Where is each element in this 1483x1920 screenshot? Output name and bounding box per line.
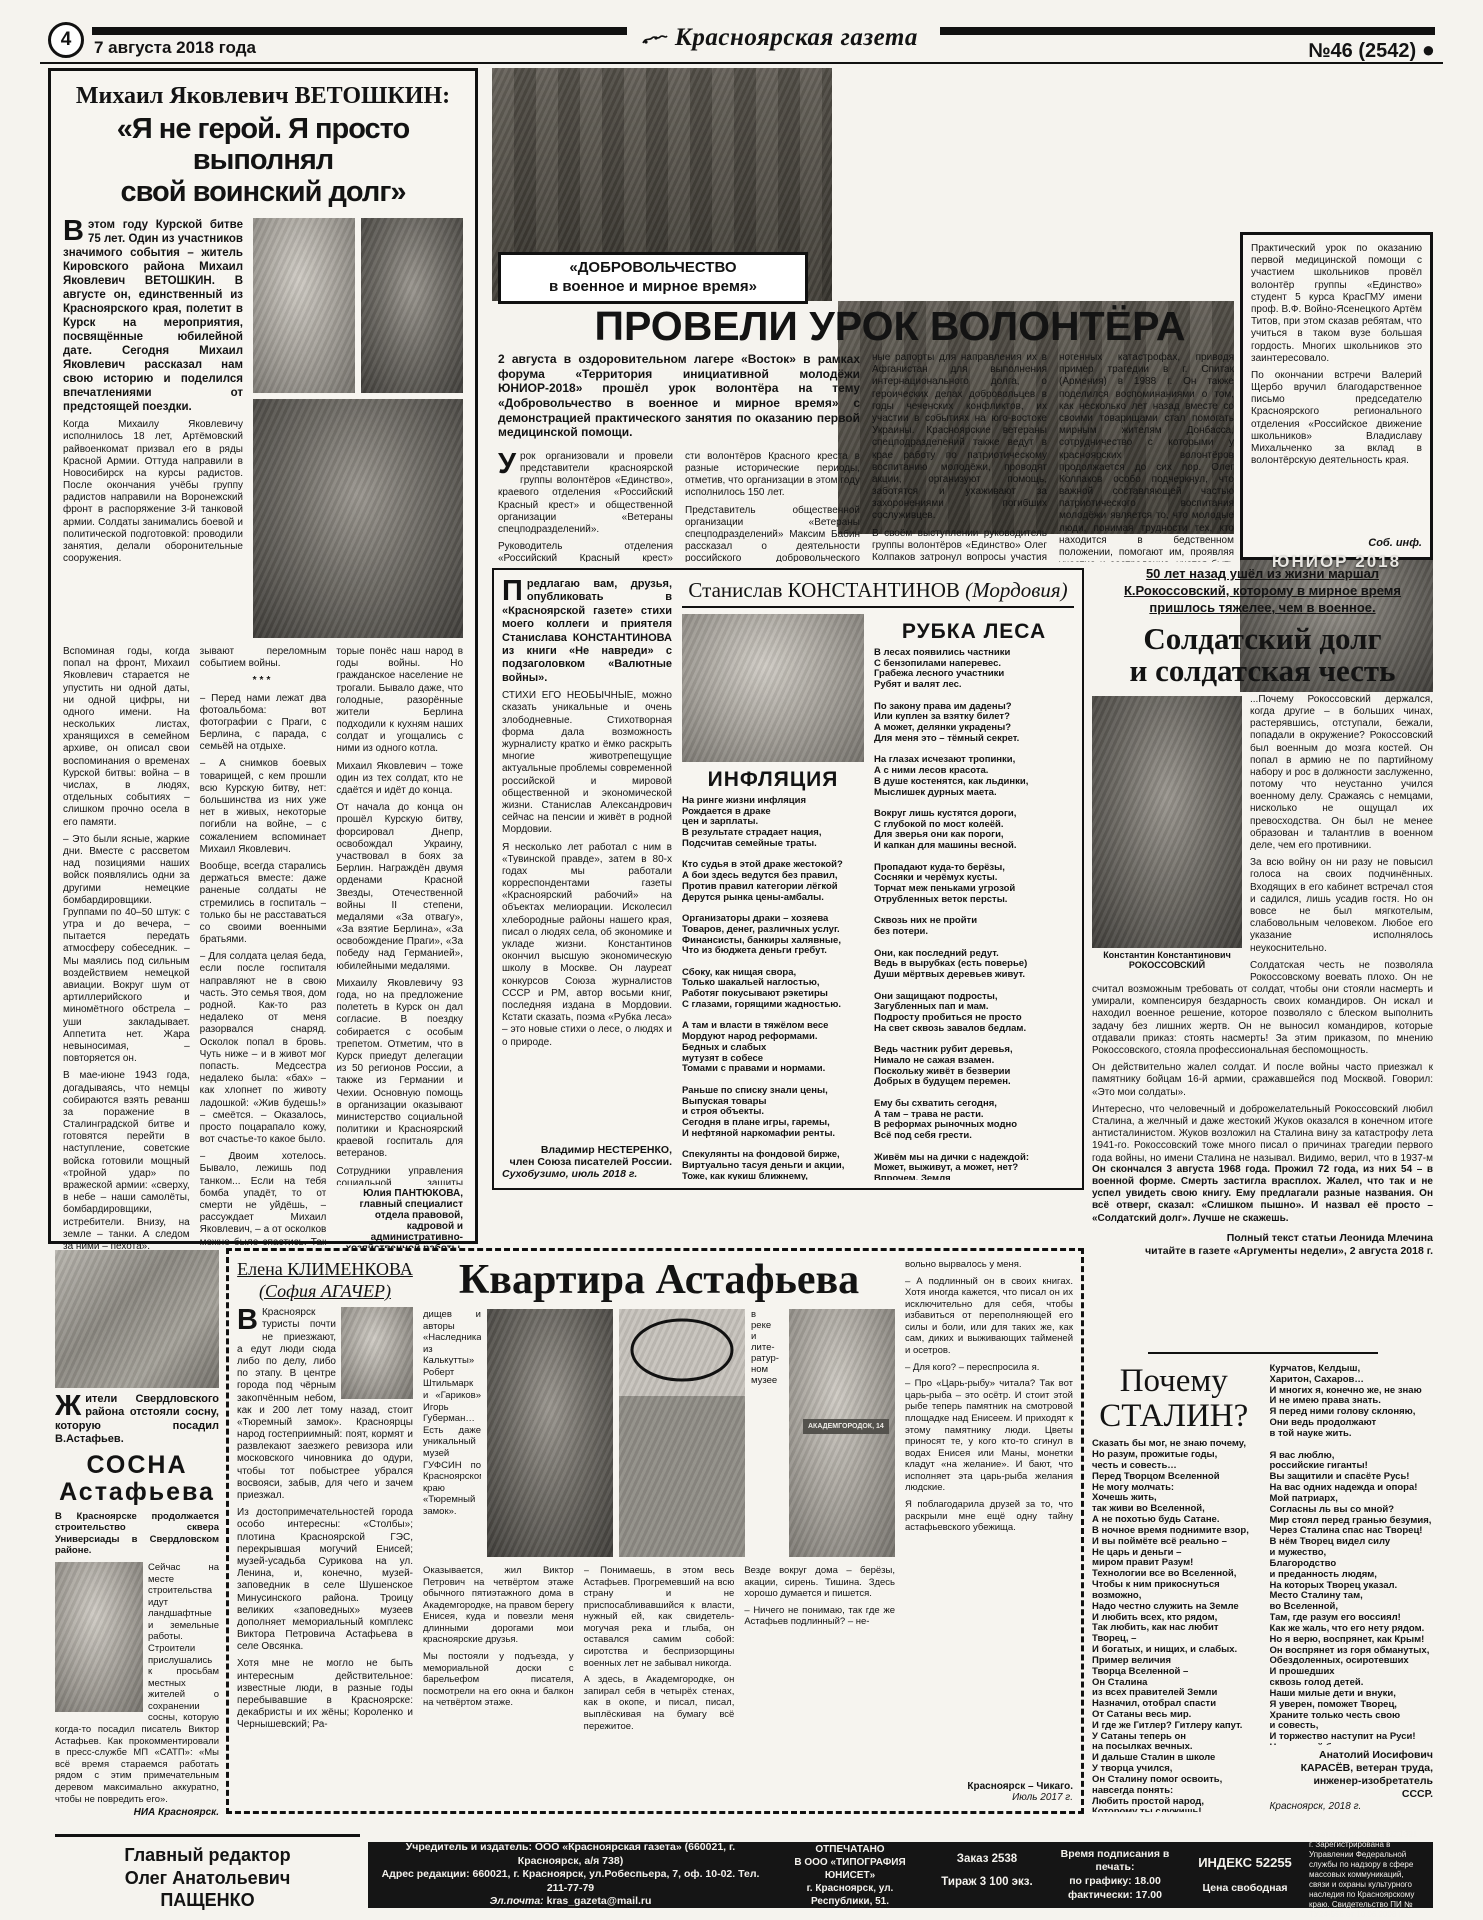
paragraph: Оказывается, жил Виктор Петрович на четв… (423, 1565, 574, 1646)
order-circulation: Заказ 2538 Тираж 3 100 экз. (937, 1852, 1037, 1898)
paragraph: Михаил Яковлевич – тоже один из тех солд… (336, 761, 463, 798)
paragraph: Интересно, что человечный и доброжелател… (1092, 1104, 1433, 1162)
page-number: 4 (48, 22, 84, 58)
dateline: Красноярск, 2018 г. (1270, 1801, 1434, 1812)
article-lead: В этом году Курской битве 75 лет. Один и… (63, 218, 243, 414)
paragraph: Михаилу Яковлевичу 93 года, но на предло… (336, 978, 463, 1161)
vetoshkin-column-1: Вспоминая годы, когда попал на фронт, Ми… (63, 646, 190, 1254)
author-signature: Владимир НЕСТЕРЕНКО, член Союза писателе… (502, 1144, 672, 1180)
paragraph: Представитель общественной организации «… (685, 505, 860, 563)
author-portrait-photo (341, 1307, 413, 1399)
paragraph: Урок организовали и провели представител… (498, 451, 673, 536)
paragraph: – Перед нами лежат два фотоальбома: вот … (200, 693, 327, 754)
paragraph: дищев и авторы «Наследника из Калькутты»… (423, 1309, 481, 1517)
volunteer-column-4: ногенных катастрофах, приводя пример тра… (1059, 352, 1234, 562)
paragraph: – Двоим хотелось. Бывало, лежишь под тан… (200, 1151, 327, 1254)
header-divider (40, 62, 1443, 64)
vetoshkin-column-3: торые понёс наш народ в годы войны. Но г… (336, 646, 463, 1254)
author-name-header: Елена КЛИМЕНКОВА (София АГАЧЕР) (237, 1259, 413, 1302)
paragraph: Солдатская честь не позволяла Рокоссовск… (1092, 960, 1433, 1058)
paragraph: Из достопримечательностей города особо и… (237, 1507, 413, 1653)
construction-aerial-photo (55, 1250, 219, 1388)
paragraph: – Ничего не понимаю, так где же Астафьев… (744, 1605, 895, 1628)
paragraph: вольно вырвалось у меня. (905, 1259, 1073, 1271)
rubka-poem-column: РУБКА ЛЕСА В лесах появились частники С … (874, 614, 1074, 1180)
agency-signature: НИА Красноярск. (55, 1807, 219, 1818)
poet-name-header: Станислав КОНСТАНТИНОВ (Мордовия) (682, 578, 1074, 608)
volunteer-column-1: Урок организовали и провели представител… (498, 451, 673, 562)
kvartira-right-column: вольно вырвалось у меня. – А подлинный о… (905, 1259, 1073, 1803)
narrow-text-column: в реке и лите- ратур- ном музее (751, 1309, 783, 1557)
issue-number: №46 (2542) ● (1255, 37, 1435, 63)
sosna-headline: СОСНА Астафьева (55, 1452, 219, 1507)
masthead-title: Красноярская газета (675, 24, 918, 51)
veteran-archive-portrait-photo (361, 218, 463, 393)
paragraph: Я поблагодарила друзей за то, что раскры… (905, 1499, 1073, 1534)
volunteer-topic-label: «ДОБРОВОЛЬЧЕСТВО в военное и мирное врем… (498, 252, 808, 304)
paragraph: – Для кого? – переспросила я. (905, 1362, 1073, 1374)
paragraph: – А подлинный он в своих книгах. Хотя ин… (905, 1276, 1073, 1357)
paragraph: сти волонтёров Красного креста в разные … (685, 451, 860, 500)
volunteer-headline: ПРОВЕЛИ УРОК ВОЛОНТЁРА (540, 303, 1240, 350)
paragraph: Когда Михаилу Яковлевичу исполнилось 18 … (63, 419, 243, 565)
poem-text: В лесах появились частники С бензопилами… (874, 648, 1074, 1180)
volunteer-boxed-column: Практический урок по оказанию первой мед… (1240, 232, 1433, 560)
paragraph: торые понёс наш народ в годы войны. Но г… (336, 646, 463, 756)
kvartira-headline: Квартира Астафьева (423, 1259, 895, 1301)
paragraph: – Это были ясные, жаркие дни. Вместе с р… (63, 834, 190, 1066)
veteran-portrait-photo (253, 218, 355, 393)
rokossovsky-headline: Солдатский долг и солдатская честь (1092, 623, 1433, 688)
registration-info: Газета издаётся с 28.02.1991 г. Зарегист… (1309, 1830, 1423, 1920)
photo-caption: Константин Константинович РОКОССОВСКИЙ (1092, 950, 1242, 971)
publisher-info: Учредитель и издатель: ООО «Красноярская… (378, 1841, 763, 1909)
paragraph: Руководитель отделения «Российский Красн… (498, 541, 673, 562)
stalin-headline: Почему СТАЛИН? (1092, 1364, 1256, 1433)
kvartira-column-2: – Понимаешь, в этом весь Астафьев. Прогр… (584, 1565, 735, 1803)
klimenkova-column: Елена КЛИМЕНКОВА (София АГАЧЕР) В Красно… (237, 1259, 413, 1803)
editor-block: Главный редактор Олег Анатольевич ПАЩЕНК… (55, 1844, 360, 1912)
email-address: kras_gazeta@mail.ru (547, 1895, 652, 1907)
author-alias: (София АГАЧЕР) (237, 1281, 413, 1303)
poem-text: На ринге жизни инфляция Рождается в драк… (682, 796, 864, 1180)
paragraph: Везде вокруг дома – берёзы, акации, сире… (744, 1565, 895, 1600)
vetoshkin-column-2: зывают переломным событием войны. *** – … (200, 646, 327, 1254)
photo-albums-documents-photo (253, 399, 463, 638)
paragraph: зывают переломным событием войны. (200, 646, 327, 670)
email-label: Эл.почта: (490, 1895, 544, 1907)
poems-section: Предлагаю вам, друзья, опубликовать в «К… (492, 568, 1084, 1190)
kicker: 50 лет назад ушёл из жизни маршал К.Роко… (1092, 566, 1433, 617)
editorial-signature: Соб. инф. (1251, 537, 1422, 549)
paragraph: ногенных катастрофах, приводя пример тра… (1059, 352, 1234, 562)
street-sign-text: АКАДЕМГОРОДОК, 14 (803, 1419, 889, 1434)
dateline: Красноярск – Чикаго. (905, 1781, 1073, 1792)
imprint-bar: Учредитель и издатель: ООО «Красноярская… (368, 1842, 1433, 1908)
article-kvartira-astafyeva: Елена КЛИМЕНКОВА (София АГАЧЕР) В Красно… (226, 1248, 1084, 1814)
paragraph: В мае-июне 1943 года, догадываясь, что н… (63, 1070, 190, 1253)
paragraph: По окончании встречи Валерий Щербо вручи… (1251, 370, 1422, 468)
pine-tree-photo (55, 1562, 143, 1712)
kvartira-column-1: Оказывается, жил Виктор Петрович на четв… (423, 1565, 574, 1803)
masthead: Красноярская газета (630, 24, 930, 52)
author-signature: Анатолий Иосифович КАРАСЁВ, ветеран труд… (1270, 1749, 1434, 1802)
street-sign-photo: АКАДЕМГОРОДОК, 14 (789, 1309, 895, 1557)
paragraph: Вообще, всегда старались держаться вмест… (200, 861, 327, 946)
article-vetoshkin: Михаил Яковлевич ВЕТОШКИН: «Я не герой. … (48, 68, 478, 1244)
intro-lead: Предлагаю вам, друзья, опубликовать в «К… (502, 578, 672, 685)
paragraph: Хотя мне не могло не быть интересным дей… (237, 1658, 413, 1731)
paragraph: ные рапорты для направления их в Афганис… (872, 352, 1047, 523)
stalin-column-2: Курчатов, Келдыш, Харитон, Сахаров… И мн… (1270, 1364, 1434, 1812)
article-lead: Жители Свердловского района отстояли сос… (55, 1393, 219, 1447)
balcony-circle-annotation (627, 1315, 737, 1385)
corner-dot: ● (1422, 37, 1435, 62)
vetoshkin-photos (253, 218, 463, 638)
signing-times: Время подписания в печать: по графику: 1… (1049, 1848, 1181, 1903)
dateline: Июль 2017 г. (905, 1792, 1073, 1803)
vetoshkin-lead-column: В этом году Курской битве 75 лет. Один и… (63, 218, 243, 638)
poem-stalin-section: Почему СТАЛИН? Сказать бы мог, не знаю п… (1092, 1352, 1433, 1812)
marshal-photo-block: Константин Константинович РОКОССОВСКИЙ (1092, 696, 1242, 971)
paragraph: – Понимаешь, в этом весь Астафьев. Прогр… (584, 1565, 735, 1669)
paragraph: Мы постояли у подъезда, у мемориальной д… (423, 1651, 574, 1709)
article-sosna: Жители Свердловского района отстояли сос… (55, 1250, 219, 1818)
header-rule-right (940, 27, 1435, 35)
paragraph: Сотрудники управления социальной защиты … (336, 1166, 463, 1185)
volunteer-article-body: 2 августа в оздоровительном лагере «Вост… (498, 352, 1234, 562)
printing-house-info: ОТПЕЧАТАНО В ООО «ТИПОГРАФИЯ ЮНИСЕТ» г. … (775, 1843, 925, 1908)
paragraph: – Для солдата целая беда, если после гос… (200, 951, 327, 1146)
index-price: ИНДЕКС 52255 Цена свободная (1193, 1855, 1297, 1896)
paragraph: Вспоминая годы, когда попал на фронт, Ми… (63, 646, 190, 829)
issue-date: 7 августа 2018 года (94, 38, 256, 58)
poem-title: РУБКА ЛЕСА (874, 620, 1074, 644)
poem-text: Сказать бы мог, не знаю почему, Но разум… (1092, 1439, 1256, 1812)
header-rule-left (92, 27, 627, 35)
volunteer-column-2: сти волонтёров Красного креста в разные … (685, 451, 860, 562)
paragraph: От начала до конца он прошёл Курскую бит… (336, 802, 463, 973)
inflation-poem-column: ИНФЛЯЦИЯ На ринге жизни инфляция Рождает… (682, 614, 864, 1180)
paragraph: – Про «Царь-рыбу» читала? Так вот царь-р… (905, 1378, 1073, 1494)
closing-paragraph: Он скончался 3 августа 1968 года. Прожил… (1092, 1164, 1433, 1225)
marshal-portrait-photo (1092, 696, 1242, 948)
poems-intro-column: Предлагаю вам, друзья, опубликовать в «К… (502, 578, 672, 1180)
poem-text: Курчатов, Келдыш, Харитон, Сахаров… И мн… (1270, 1364, 1434, 1745)
vetoshkin-quote-headline: «Я не герой. Я просто выполнял свой воин… (63, 114, 463, 208)
junior-banner-text: ЮНИОР 2018 (1240, 552, 1433, 572)
footer-divider (55, 1834, 360, 1837)
masthead-logo-icon (642, 31, 668, 47)
poet-portrait-photo (682, 614, 864, 762)
narrow-text-column: дищев и авторы «Наследника из Калькутты»… (423, 1309, 481, 1557)
poem-title: ИНФЛЯЦИЯ (682, 768, 864, 792)
memorial-plaque-photo (487, 1309, 613, 1557)
paragraph: – А снимков боевых товарищей, с кем прош… (200, 758, 327, 856)
author-signature: Юлия ПАНТЮКОВА, главный специалист отдел… (336, 1188, 463, 1254)
paragraph: А здесь, в Академгородке, он запирал себ… (584, 1674, 735, 1732)
stalin-column-1: Почему СТАЛИН? Сказать бы мог, не знаю п… (1092, 1364, 1256, 1812)
article-lead: 2 августа в оздоровительном лагере «Вост… (498, 352, 860, 440)
paragraph: В Красноярске продолжается строительство… (55, 1511, 219, 1557)
section-divider (1148, 1352, 1378, 1354)
paragraph: Практический урок по оказанию первой мед… (1251, 243, 1422, 365)
volunteer-column-3: ные рапорты для направления их в Афганис… (872, 352, 1047, 562)
building-balcony-photo (619, 1309, 745, 1557)
dateline: Сухобузимо, июль 2018 г. (502, 1168, 672, 1180)
source-credit: Полный текст статьи Леонида Млечина чита… (1092, 1232, 1433, 1258)
paragraph: В своём выступлении руководитель группы … (872, 528, 1047, 562)
poet-region: (Мордовия) (965, 578, 1067, 602)
section-separator: *** (200, 675, 327, 687)
vetoshkin-name-headline: Михаил Яковлевич ВЕТОШКИН: (63, 83, 463, 110)
paragraph: Он действительно жалел солдат. И после в… (1092, 1062, 1433, 1099)
paragraph: Я несколько лет работал с ним в «Тувинск… (502, 842, 672, 1049)
article-rokossovsky: 50 лет назад ушёл из жизни маршал К.Роко… (1092, 566, 1433, 1338)
kvartira-column-3: Везде вокруг дома – берёзы, акации, сире… (744, 1565, 895, 1803)
paragraph: СТИХИ ЕГО НЕОБЫЧНЫЕ, можно сказать уника… (502, 690, 672, 836)
